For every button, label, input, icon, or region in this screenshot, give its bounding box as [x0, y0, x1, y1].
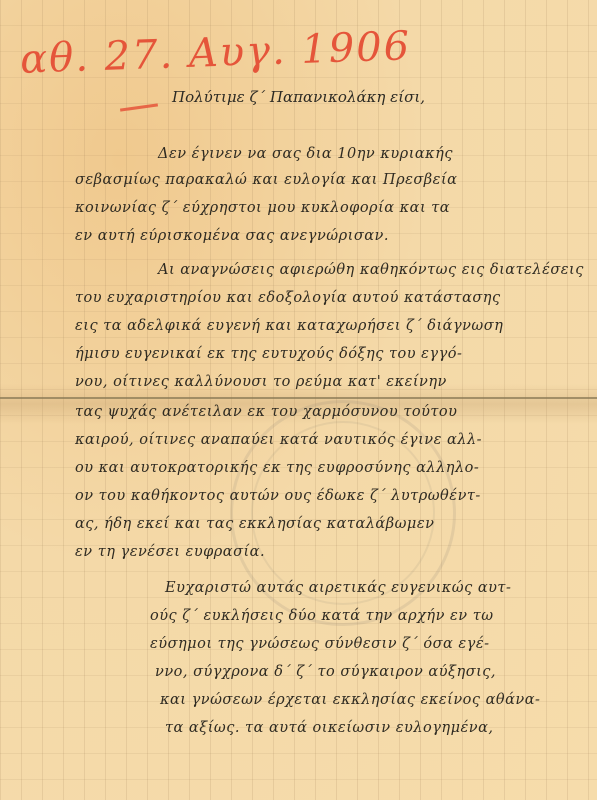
text-line: ου και αυτοκρατορικής εκ της ευφροσύνης … — [75, 460, 479, 476]
text-line: σεβασμίως παρακαλώ και ευλογία και Πρεσβ… — [75, 172, 457, 188]
text-line: Δεν έγινεν να σας δια 10ην κυριακής — [158, 146, 453, 162]
text-line: ούς ζ΄ ευκλήσεις δύο κατά την αρχήν εν τ… — [150, 608, 494, 624]
text-line: Ευχαριστώ αυτάς αιρετικάς ευγενικώς αυτ- — [165, 580, 511, 596]
paper-fold-line — [0, 397, 597, 399]
text-line: ννο, σύγχρονα δ΄ ζ΄ το σύγκαιρον αύξησις… — [155, 664, 496, 680]
text-line: ον του καθήκοντος αυτών ους έδωκε ζ΄ λυτ… — [75, 488, 481, 504]
text-line: εύσημοι της γνώσεως σύνθεσιν ζ΄ όσα εγέ- — [150, 636, 490, 652]
text-line: τας ψυχάς ανέτειλαν εκ του χαρμόσυνου το… — [75, 404, 457, 420]
salutation: Πολύτιμε ζ΄ Παπανικολάκη είσι, — [172, 88, 425, 106]
text-line: εν τη γενέσει ευφρασία. — [75, 544, 265, 560]
text-line: και γνώσεων έρχεται εκκλησίας εκείνος αθ… — [160, 692, 540, 708]
text-line: τα αξίως. τα αυτά οικείωσιν ευλογημένα, — [165, 720, 494, 736]
text-line: του ευχαριστηρίου και εδοξολογία αυτού κ… — [75, 290, 501, 306]
text-line: Αι αναγνώσεις αφιερώθη καθηκόντως εις δι… — [158, 262, 584, 278]
text-line: ας, ήδη εκεί και τας εκκλησίας καταλάβωμ… — [75, 516, 434, 532]
text-line: νου, οίτινες καλλύνουσι το ρεύμα κατ' εκ… — [75, 374, 447, 390]
text-line: κοινωνίας ζ΄ εύχρηστοι μου κυκλοφορία κα… — [75, 200, 450, 216]
text-line: καιρού, οίτινες αναπαύει κατά ναυτικός έ… — [75, 432, 482, 448]
text-line: εν αυτή εύρισκομένα σας ανεγνώρισαν. — [75, 228, 389, 244]
text-line: ήμισυ ευγενικαί εκ της ευτυχούς δόξης το… — [75, 346, 462, 362]
text-line: εις τα αδελφικά ευγενή και καταχωρήσει ζ… — [75, 318, 503, 334]
